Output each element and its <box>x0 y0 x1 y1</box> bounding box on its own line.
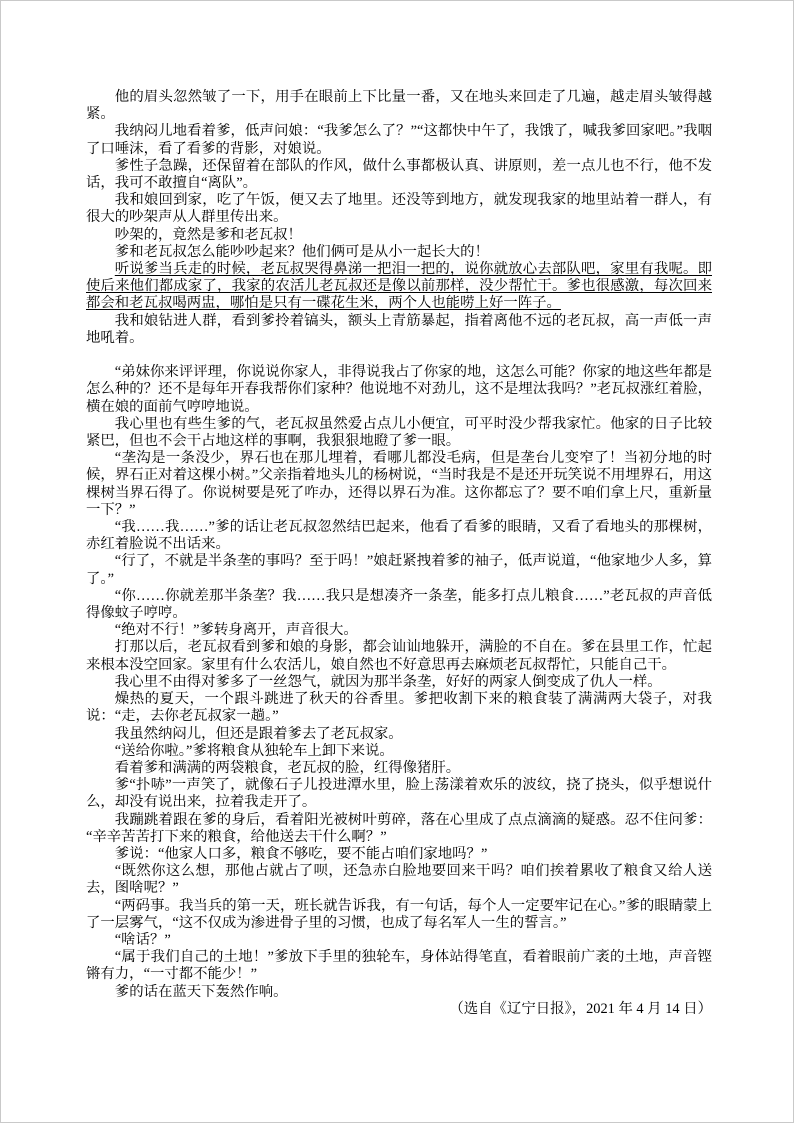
paragraph: 爹说：“他家人口多，粮食不够吃，要不能占咱们家地吗？” <box>86 846 712 863</box>
paragraph: 我心里也有些生爹的气，老瓦叔虽然爱占点儿小便宜，可平时没少帮我家忙。他家的日子比… <box>86 416 712 450</box>
paragraph: 我虽然纳闷儿，但还是跟着爹去了老瓦叔家。 <box>86 726 712 743</box>
paragraph: “啥话？” <box>86 932 712 949</box>
paragraph: 我和娘钻进人群，看到爹拎着镐头，额头上青筋暴起，指着离他不远的老瓦叔，高一声低一… <box>86 313 712 347</box>
paragraph: “既然你这么想，那他占就占了呗，还急赤白脸地要回来干吗？咱们挨着累收了粮食又给人… <box>86 863 712 897</box>
paragraph: 我纳闷儿地看着爹，低声问娘：“我爹怎么了？”“这都快中午了，我饿了，喊我爹回家吧… <box>86 123 712 157</box>
paragraph: “送给你啦。”爹将粮食从独轮车上卸下来说。 <box>86 743 712 760</box>
paragraph: 爹和老瓦叔怎么能吵吵起来？他们俩可是从小一起长大的！ <box>86 244 712 261</box>
paragraph: “我……我……”爹的话让老瓦叔忽然结巴起来，他看了看爹的眼睛，又看了看地头的那棵… <box>86 519 712 553</box>
paragraph: “弟妹你来评评理，你说说你家人，非得说我占了你家的地，这怎么可能？你家的地这些年… <box>86 364 712 416</box>
paragraph: “你……你就差那半条垄？我……我只是想凑齐一条垄，能多打点儿粮食……”老瓦叔的声… <box>86 588 712 622</box>
paragraph: 爹“扑哧”一声笑了，就像石子儿投进潭水里，脸上荡漾着欢乐的波纹，挠了挠头，似乎想… <box>86 777 712 811</box>
paragraph: 听说爹当兵走的时候，老瓦叔哭得鼻涕一把泪一把的，说你就放心去部队吧，家里有我呢。… <box>86 261 712 313</box>
paragraph: “属于我们自己的土地！”爹放下手里的独轮车，身体站得笔直，看着眼前广袤的土地，声… <box>86 949 712 983</box>
paragraph: “垄沟是一条没少，界石也在那儿埋着，看哪儿都没毛病，但是垄台儿变窄了！当初分地的… <box>86 450 712 519</box>
paragraph: 吵架的，竟然是爹和老瓦叔！ <box>86 227 712 244</box>
paragraph-spacer <box>86 347 712 364</box>
paragraph: “绝对不行！”爹转身离开，声音很大。 <box>86 622 712 639</box>
paragraph: “两码事。我当兵的第一天，班长就告诉我，有一句话，每个人一定要牢记在心。”爹的眼… <box>86 898 712 932</box>
paragraph: 我蹦跳着跟在爹的身后，看着阳光被树叶剪碎，落在心里成了点点滴滴的疑惑。忍不住问爹… <box>86 812 712 846</box>
paragraph: 爹性子急躁，还保留着在部队的作风，做什么事都极认真、讲原则，差一点儿也不行，他不… <box>86 158 712 192</box>
paragraph: 他的眉头忽然皱了一下，用手在眼前上下比量一番，又在地头来回走了几遍，越走眉头皱得… <box>86 89 712 123</box>
article-body: 他的眉头忽然皱了一下，用手在眼前上下比量一番，又在地头来回走了几遍，越走眉头皱得… <box>86 89 712 1018</box>
paragraph: “行了，不就是半条垄的事吗？至于吗！”娘赶紧拽着爹的袖子，低声说道，“他家地少人… <box>86 553 712 587</box>
paragraph: 我心里不由得对爹多了一丝怨气，就因为那半条垄，好好的两家人倒变成了仇人一样。 <box>86 674 712 691</box>
source-attribution: （选自《辽宁日报》，2021 年 4 月 14 日） <box>86 1001 712 1018</box>
paragraph: 打那以后，老瓦叔看到爹和娘的身影，都会讪讪地躲开，满脸的不自在。爹在县里工作，忙… <box>86 639 712 673</box>
document-page: 他的眉头忽然皱了一下，用手在眼前上下比量一番，又在地头来回走了几遍，越走眉头皱得… <box>0 0 794 1123</box>
paragraph: 我和娘回到家，吃了午饭，便又去了地里。还没等到地方，就发现我家的地里站着一群人，… <box>86 192 712 226</box>
paragraph: 爹的话在蓝天下轰然作响。 <box>86 984 712 1001</box>
paragraph: 燥热的夏天，一个跟斗跳进了秋天的谷香里。爹把收割下来的粮食装了满满两大袋子，对我… <box>86 691 712 725</box>
paragraph: 看着爹和满满的两袋粮食，老瓦叔的脸，红得像猪肝。 <box>86 760 712 777</box>
